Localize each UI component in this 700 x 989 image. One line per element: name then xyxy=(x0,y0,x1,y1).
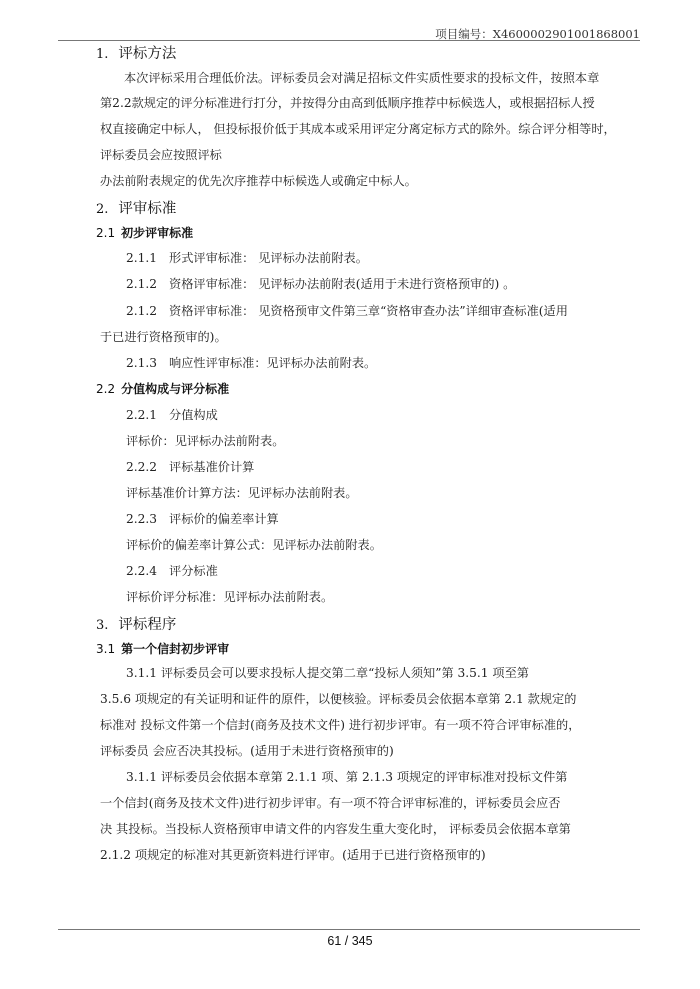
clause-continuation: 于已进行资格预审的)。 xyxy=(100,328,227,345)
paragraph-line: 本次评标采用合理低价法。评标委员会对满足招标文件实质性要求的投标文件，按照本章 xyxy=(124,69,599,86)
section-number: 1. xyxy=(96,47,108,62)
subsection-2-2-heading: 2.2分值构成与评分标准 xyxy=(96,380,229,397)
clause-title: 评标基准价计算 xyxy=(169,460,254,474)
subsection-number: 2.1 xyxy=(96,226,115,240)
clause-2-2-4-heading: 2.2.4评分标准 xyxy=(126,562,218,579)
clause-2-2-4-text: 评标价评分标准：见评标办法前附表。 xyxy=(126,588,333,605)
clause-number: 2.2.1 xyxy=(126,408,157,422)
paragraph-line: 一个信封(商务及技术文件)进行初步评审。有一项不符合评审标准的，评标委员会应否 xyxy=(100,794,560,811)
paragraph-line: 第2.2款规定的评分标准进行打分，并按得分由高到低顺序推荐中标候选人，或根据招标… xyxy=(100,94,595,111)
paragraph-line: 2.1.2 项规定的标准对其更新资料进行评审。(适用于已进行资格预审的) xyxy=(100,846,486,863)
subsection-2-1-heading: 2.1初步评审标准 xyxy=(96,224,193,241)
section-number: 3. xyxy=(96,618,108,633)
section-3-heading: 3.评标程序 xyxy=(96,613,176,634)
clause-title: 评标价的偏差率计算 xyxy=(169,512,279,526)
paragraph-line: 3.5.6 项规定的有关证明和证件的原件，以便核验。评标委员会依据本章第 2.1… xyxy=(100,690,576,707)
paragraph-line: 评标委员 会应否决其投标。(适用于未进行资格预审的) xyxy=(100,742,394,759)
clause-title: 分值构成 xyxy=(169,408,218,422)
clause-number: 2.2.3 xyxy=(126,512,157,526)
section-2-heading: 2.评审标准 xyxy=(96,197,176,218)
clause-text: 响应性评审标准：见评标办法前附表。 xyxy=(169,356,376,370)
footer-rule xyxy=(58,929,640,930)
clause-number: 2.1.3 xyxy=(126,356,157,370)
section-1-heading: 1.评标方法 xyxy=(96,42,176,63)
clause-2-2-3-heading: 2.2.3评标价的偏差率计算 xyxy=(126,510,279,527)
clause-2-1-1: 2.1.1形式评审标准： 见评标办法前附表。 xyxy=(126,249,368,266)
subsection-number: 3.1 xyxy=(96,642,115,656)
clause-title: 评分标准 xyxy=(169,564,218,578)
clause-text: 形式评审标准： 见评标办法前附表。 xyxy=(169,251,368,265)
clause-2-2-3-text: 评标价的偏差率计算公式：见评标办法前附表。 xyxy=(126,536,382,553)
page-number: 61 / 345 xyxy=(0,934,700,948)
clause-2-1-3: 2.1.3响应性评审标准：见评标办法前附表。 xyxy=(126,354,376,371)
paragraph-line: 评标委员会应按照评标 xyxy=(100,146,222,163)
subsection-title: 第一个信封初步评审 xyxy=(121,642,229,656)
paragraph-line: 决 其投标。当投标人资格预审申请文件的内容发生重大变化时， 评标委员会依据本章第 xyxy=(100,820,571,837)
clause-number: 2.1.2 xyxy=(126,277,157,291)
clause-text: 资格评审标准： 见评标办法前附表(适用于未进行资格预审的) 。 xyxy=(169,277,515,291)
clause-2-1-2-b: 2.1.2资格评审标准： 见资格预审文件第三章“资格审查办法”详细审查标准(适用 xyxy=(126,302,568,319)
clause-number: 2.1.2 xyxy=(126,304,157,318)
section-title: 评标方法 xyxy=(118,46,176,62)
section-title: 评标程序 xyxy=(118,617,176,633)
clause-2-2-2-text: 评标基准价计算方法：见评标办法前附表。 xyxy=(126,484,358,501)
header-rule xyxy=(58,40,640,41)
paragraph-line: 权直接确定中标人， 但投标报价低于其成本或采用评定分离定标方式的除外。综合评分相… xyxy=(100,120,616,137)
clause-number: 2.2.2 xyxy=(126,460,157,474)
subsection-title: 分值构成与评分标准 xyxy=(121,382,229,396)
clause-number: 2.1.1 xyxy=(126,251,157,265)
clause-text: 资格评审标准： 见资格预审文件第三章“资格审查办法”详细审查标准(适用 xyxy=(169,304,568,318)
clause-2-2-1-text: 评标价：见评标办法前附表。 xyxy=(126,432,284,449)
subsection-number: 2.2 xyxy=(96,382,115,396)
paragraph-line: 办法前附表规定的优先次序推荐中标候选人或确定中标人。 xyxy=(100,172,417,189)
paragraph-line: 标准对 投标文件第一个信封(商务及技术文件) 进行初步评审。有一项不符合评审标准… xyxy=(100,716,580,733)
clause-2-2-2-heading: 2.2.2评标基准价计算 xyxy=(126,458,254,475)
section-title: 评审标准 xyxy=(118,201,176,217)
clause-2-1-2-a: 2.1.2资格评审标准： 见评标办法前附表(适用于未进行资格预审的) 。 xyxy=(126,275,515,292)
paragraph-line: 3.1.1 评标委员会可以要求投标人提交第二章“投标人须知”第 3.5.1 项至… xyxy=(126,664,529,681)
section-number: 2. xyxy=(96,202,108,217)
clause-2-2-1-heading: 2.2.1分值构成 xyxy=(126,406,218,423)
subsection-3-1-heading: 3.1第一个信封初步评审 xyxy=(96,640,229,657)
clause-number: 2.2.4 xyxy=(126,564,157,578)
subsection-title: 初步评审标准 xyxy=(121,226,193,240)
paragraph-line: 3.1.1 评标委员会依据本章第 2.1.1 项、第 2.1.3 项规定的评审标… xyxy=(126,768,567,785)
